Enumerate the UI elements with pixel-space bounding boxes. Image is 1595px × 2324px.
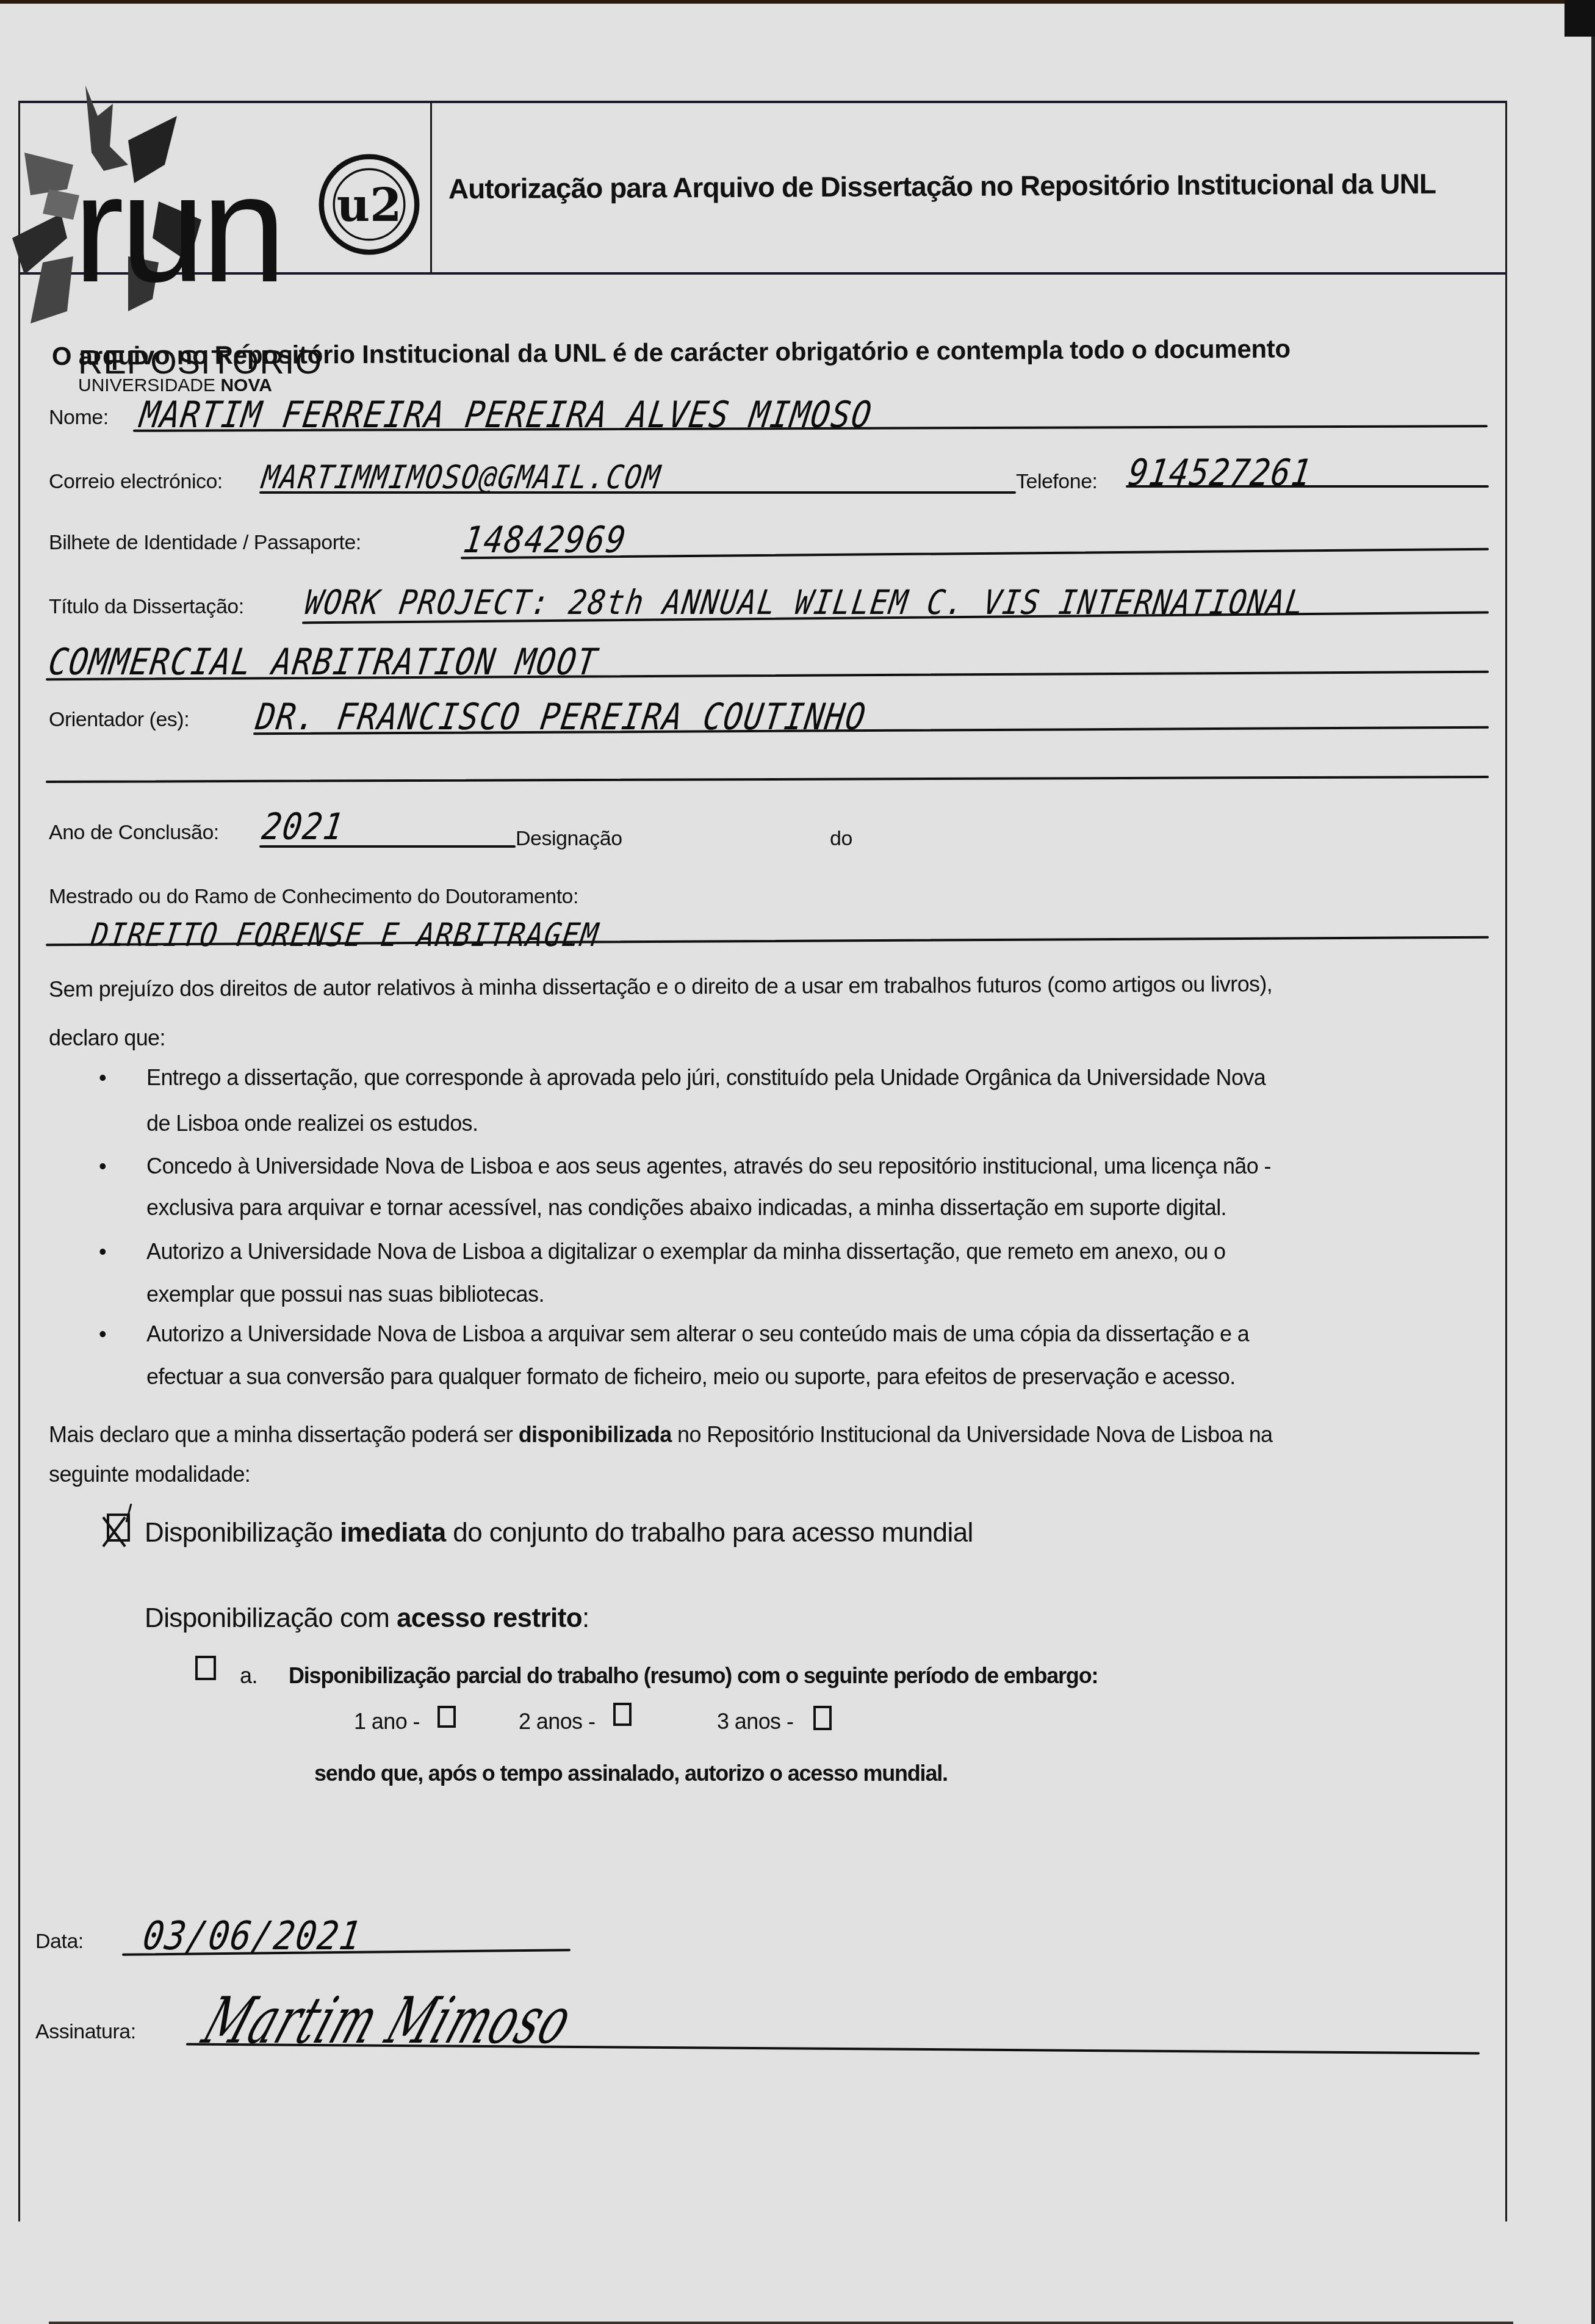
id-field[interactable]: 14842969: [461, 519, 629, 561]
embargo-2-years-checkbox[interactable]: [613, 1703, 632, 1726]
availability-text-pre: Mais declaro que a minha dissertação pod…: [49, 1422, 519, 1447]
immediate-text-post: do conjunto do trabalho para acesso mund…: [446, 1518, 973, 1548]
bullet-dot: •: [99, 1065, 107, 1091]
university-seal-icon: u2: [317, 153, 421, 256]
logo-university-suffix: NOVA: [220, 375, 272, 395]
declaration-bullet-1-line1: Entrego a dissertação, que corresponde à…: [146, 1065, 1266, 1091]
availability-text-bold: disponibilizada: [519, 1422, 672, 1447]
advisor-label: Orientador (es):: [49, 708, 189, 732]
header-divider: [430, 101, 432, 275]
year-label: Ano de Conclusão:: [49, 821, 219, 845]
run-logo: run u2 REPOSITÓRIO UNIVERSIDADE NOVA: [0, 61, 427, 330]
declaration-bullet-4-line2: efectuar a sua conversão para qualquer f…: [146, 1364, 1236, 1390]
embargo-1-year-label: 1 ano -: [354, 1709, 420, 1734]
declaration-bullet-1-line2: de Lisboa onde realizei os estudos.: [146, 1111, 478, 1136]
declaration-bullet-4-line1: Autorizo a Universidade Nova de Lisboa a…: [146, 1321, 1249, 1347]
phone-field[interactable]: 914527261: [1126, 452, 1314, 494]
bullet-dot: •: [99, 1321, 107, 1347]
declaration-bullet-2-line2: exclusiva para arquivar e tornar acessív…: [146, 1195, 1226, 1221]
run-wordmark: run: [73, 153, 283, 305]
signature-label: Assinatura:: [35, 2020, 136, 2044]
embargo-2-years-label: 2 anos -: [519, 1709, 595, 1734]
scan-top-edge: [0, 0, 1595, 4]
after-embargo-note: sendo que, após o tempo assinalado, auto…: [314, 1761, 948, 1786]
scan-right-edge: [1591, 37, 1595, 2324]
email-underline: [259, 491, 1016, 494]
immediate-text-bold: imediata: [340, 1518, 446, 1548]
embargo-3-years-label: 3 anos -: [717, 1709, 793, 1734]
declaration-intro-line2: declaro que:: [49, 1025, 165, 1051]
check-x-icon: [102, 1504, 139, 1553]
restricted-text-bold: acesso restrito: [397, 1603, 582, 1633]
degree-label: Mestrado ou do Ramo de Conhecimento do D…: [49, 885, 578, 909]
year-field[interactable]: 2021: [259, 806, 347, 848]
restricted-text-pre: Disponibilização com: [145, 1603, 397, 1633]
restricted-access-heading: Disponibilização com acesso restrito:: [145, 1603, 589, 1634]
declaration-bullet-2-line1: Concedo à Universidade Nova de Lisboa e …: [146, 1153, 1271, 1179]
phone-label: Telefone:: [1016, 470, 1098, 494]
embargo-3-years-checkbox[interactable]: [813, 1706, 832, 1730]
declaration-bullet-3-line2: exemplar que possui nas suas bibliotecas…: [146, 1282, 544, 1307]
immediate-text-pre: Disponibilização: [145, 1518, 340, 1548]
logo-university-prefix: UNIVERSIDADE: [78, 375, 215, 395]
form-title: Autorização para Arquivo de Dissertação …: [448, 167, 1436, 205]
thesis-title-label: Título da Dissertação:: [49, 595, 244, 619]
partial-access-label: Disponibilização parcial do trabalho (re…: [289, 1663, 1098, 1689]
availability-declaration-line2: seguinte modalidade:: [49, 1462, 250, 1487]
phone-underline: [1126, 485, 1489, 488]
logo-university-text: UNIVERSIDADE NOVA: [78, 375, 272, 396]
declaration-intro-line1: Sem prejuízo dos direitos de autor relat…: [49, 971, 1272, 1002]
bullet-dot: •: [99, 1153, 107, 1179]
email-label: Correio electrónico:: [49, 470, 223, 494]
date-label: Data:: [35, 1930, 84, 1954]
partial-access-checkbox[interactable]: [195, 1656, 216, 1680]
designation-label: Designação: [516, 827, 622, 851]
id-label: Bilhete de Identidade / Passaporte:: [49, 531, 361, 555]
availability-declaration-line1: Mais declaro que a minha dissertação pod…: [49, 1422, 1273, 1448]
immediate-access-label: Disponibilização imediata do conjunto do…: [145, 1518, 973, 1548]
designation-do-label: do: [830, 827, 852, 851]
declaration-bullet-3-line1: Autorizo a Universidade Nova de Lisboa a…: [146, 1239, 1225, 1265]
scan-bottom-edge: [49, 2322, 1513, 2324]
embargo-1-year-checkbox[interactable]: [437, 1706, 456, 1728]
scan-corner-shadow: [1564, 0, 1595, 37]
svg-text:u2: u2: [337, 178, 401, 232]
degree-field[interactable]: DIREITO FORENSE E ARBITRAGEM: [89, 916, 602, 954]
restricted-text-post: :: [582, 1603, 589, 1633]
partial-access-letter: a.: [240, 1663, 257, 1689]
bullet-dot: •: [99, 1239, 107, 1265]
availability-text-post: no Repositório Institucional da Universi…: [672, 1422, 1273, 1447]
year-underline: [259, 845, 516, 848]
name-label: Nome:: [49, 406, 109, 430]
immediate-access-checkbox[interactable]: [107, 1514, 130, 1542]
email-field[interactable]: MARTIMMIMOSO@GMAIL.COM: [260, 458, 664, 496]
